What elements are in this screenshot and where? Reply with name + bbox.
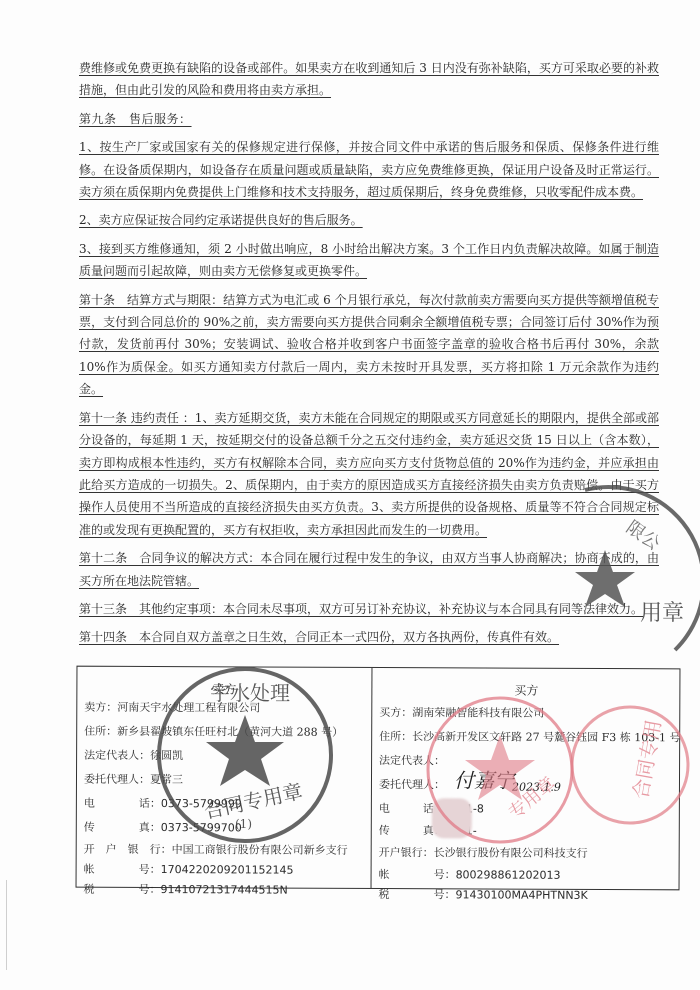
seller-account-row: 帐 号：1704220209201152145 — [84, 861, 294, 878]
seller-bank-row: 开 户 银 行：中国工商银行股份有限公司新乡支行 — [84, 841, 348, 858]
seller-title: 卖方 — [77, 680, 371, 698]
article-9-item-1: 1、按生产厂家或国家有关的保修规定进行保修，并按合同文件中承诺的售后服务和保质、… — [79, 136, 659, 203]
article-9-item-3: 3、接到买方维修通知，须 2 小时做出响应，8 小时给出解决方案。3 个工作日内… — [79, 238, 659, 283]
buyer-agent-row: 委托代理人： — [379, 776, 445, 792]
contract-page: 费维修或免费更换有缺陷的设备或部件。如果卖方在收到通知后 3 日内没有弥补缺陷，… — [0, 0, 700, 990]
seller-name-row: 卖方：河南天宇水处理工程有限公司 — [84, 699, 260, 716]
buyer-address-row: 住所：长沙高新开发区文轩路 27 号麓谷钰园 F3 栋 103-1 号 — [379, 728, 680, 745]
article-13: 第十三条 其他约定事项：本合同未尽事项，双方可另订补充协议，补充协议与本合同具有… — [79, 598, 659, 620]
seller-fax-row: 传 真：0373-5799700 — [84, 819, 242, 836]
seller-address-row: 住所：新乡县翟坡镇东任旺村北（黄河大道 288 号） — [84, 723, 343, 740]
seller-tax-row: 税 号：91410721317444515N — [83, 881, 287, 898]
buyer-title: 买方 — [372, 681, 680, 699]
article-11: 第十一条 违约责任 ：1、卖方延期交货，卖方未能在合同规定的期限或买方同意延长的… — [79, 407, 659, 541]
buyer-bank-row: 开户银行：长沙银行股份有限公司科技支行 — [379, 844, 588, 861]
contract-body: 费维修或免费更换有缺陷的设备或部件。如果卖方在收到通知后 3 日内没有弥补缺陷，… — [79, 57, 659, 655]
buyer-tax-row: 税 号：91430100MA4PHTNN3K — [378, 886, 587, 903]
buyer-signature: 付嘉宁 — [454, 764, 514, 793]
buyer-name-row: 买方：湖南荣融智能科技有限公司 — [379, 704, 544, 721]
seller-legal-rep-row: 法定代表人：徐圆凯 — [84, 747, 183, 763]
article-14: 第十四条 本合同自双方盖章之日生效，合同正本一式四份，双方各执两份，传真件有效。 — [79, 626, 659, 648]
redacted-phone — [432, 798, 472, 838]
paragraph-continuation: 费维修或免费更换有缺陷的设备或部件。如果卖方在收到通知后 3 日内没有弥补缺陷，… — [79, 57, 659, 102]
seller-phone-row: 电 话：0373-5799999 — [84, 795, 242, 812]
buyer-legal-rep-row: 法定代表人： — [379, 752, 445, 768]
buyer-account-row: 帐 号：800298861202013 — [379, 866, 561, 883]
buyer-signature-date: 2023.1.9 — [512, 781, 561, 794]
scan-edge — [6, 880, 7, 970]
buyer-column: 买方 买方：湖南荣融智能科技有限公司 住所：长沙高新开发区文轩路 27 号麓谷钰… — [371, 668, 681, 889]
article-12: 第十二条 合同争议的解决方式：本合同在履行过程中发生的争议，由双方当事人协商解决… — [79, 547, 659, 592]
article-9-item-2: 2、卖方应保证按合同约定承诺提供良好的售后服务。 — [79, 209, 659, 231]
article-10: 第十条 结算方式与期限：结算方式为电汇或 6 个月银行承兑，每次付款前卖方需要向… — [79, 289, 659, 401]
signature-table: 卖方 卖方：河南天宇水处理工程有限公司 住所：新乡县翟坡镇东任旺村北（黄河大道 … — [76, 666, 681, 891]
article-9-title: 第九条 售后服务： — [79, 108, 659, 130]
seller-column: 卖方 卖方：河南天宇水处理工程有限公司 住所：新乡县翟坡镇东任旺村北（黄河大道 … — [77, 667, 372, 888]
seller-agent-row: 委托代理人：夏常三 — [84, 771, 183, 787]
